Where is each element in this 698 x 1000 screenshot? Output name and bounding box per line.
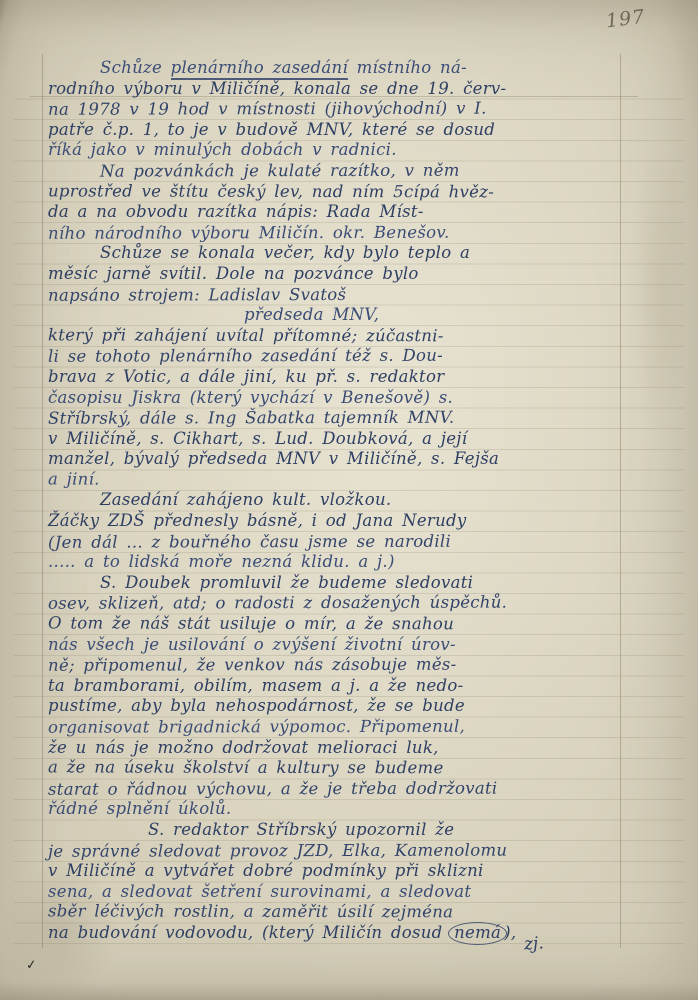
checkmark-icon: ✓ (25, 957, 37, 973)
text-line: ního národního výboru Miličín. okr. Bene… (48, 222, 623, 244)
underlined-phrase: plenárního zasedání (171, 58, 348, 80)
paper-stain (630, 140, 690, 440)
text-line: S. redaktor Stříbrský upozornil že (48, 820, 623, 841)
text-line: Schůze se konala večer, kdy bylo teplo a (48, 243, 623, 264)
text-line: pustíme, aby byla nehospodárnost, že se … (48, 696, 623, 717)
text-line: který při zahájení uvítal přítomné; zúča… (48, 325, 623, 347)
text-line: napsáno strojem: Ladislav Svatoš (48, 284, 623, 306)
text-line: (Jen dál ... z bouřného času jsme se nar… (48, 531, 623, 553)
text-line: organisovat brigadnická výpomoc. Připome… (48, 716, 623, 738)
circled-word: nemá (448, 922, 507, 945)
text-line: li se tohoto plenárního zasedání též s. … (48, 346, 623, 368)
text-line: patře č.p. 1, to je v budově MNV, které … (48, 120, 623, 141)
text-line: časopisu Jiskra (který vychází v Benešov… (48, 388, 623, 409)
text-line: uprostřed ve štítu český lev, nad ním 5c… (48, 181, 623, 203)
text-line: Žáčky ZDŠ přednesly básně, i od Jana Ner… (48, 511, 623, 532)
manuscript-text: Schůze plenárního zasedání místního ná-r… (48, 58, 623, 944)
text-line: ně; připomenul, že venkov nás zásobuje m… (48, 654, 623, 676)
text-line: rodního výboru v Miličíně, konala se dne… (48, 79, 623, 100)
text-line: sena, a sledovat šetření surovinami, a s… (48, 882, 623, 903)
text-line: v Miličíně a vytvářet dobré podmínky při… (48, 861, 623, 882)
text-line: ta bramborami, obilím, masem a j. a že n… (48, 676, 623, 697)
text-line: S. Doubek promluvil že budeme sledovati (48, 573, 623, 594)
scanned-manuscript-page: 197 Schůze plenárního zasedání místního … (0, 0, 698, 1000)
left-margin-line (42, 54, 43, 948)
text-line: ..... a to lidská moře nezná klidu. a j.… (48, 552, 623, 573)
writer-initials: zj. (523, 933, 544, 954)
text-line: starat o řádnou výchovu, a že je třeba d… (48, 778, 623, 800)
text-line: že u nás je možno dodržovat melioraci lu… (48, 738, 623, 759)
text-line: v Miličíně, s. Cikhart, s. Lud. Doubková… (48, 429, 623, 450)
text-line: Schůze plenárního zasedání místního ná- (48, 58, 623, 79)
text-line: a jiní. (48, 469, 623, 491)
text-line: a že na úseku školství a kultury se bude… (48, 758, 623, 780)
text-line: na 1978 v 19 hod v místnosti (jihovýchod… (48, 98, 623, 120)
text-line: O tom že náš stát usiluje o mír, a že sn… (48, 613, 623, 635)
text-line: da a na obvodu razítka nápis: Rada Míst- (48, 202, 623, 223)
text-line: Zasedání zahájeno kult. vložkou. (48, 490, 623, 511)
text-line: Stříbrský, dále s. Ing Šabatka tajemník … (48, 407, 623, 429)
text-line: brava z Votic, a dále jiní, ku př. s. re… (48, 367, 623, 388)
text-line: Na pozvánkách je kulaté razítko, v něm (48, 160, 623, 182)
page-number: 197 (605, 6, 647, 33)
text-line: předseda MNV, (48, 305, 623, 326)
text-line: sběr léčivých rostlin, a zaměřit úsilí z… (48, 902, 623, 924)
text-line: osev, sklizeň, atd; o radosti z dosažený… (48, 593, 623, 615)
text-line: říká jako v minulých dobách v radnici. (48, 140, 623, 161)
text-line: řádné splnění úkolů. (48, 799, 623, 820)
text-line: manžel, bývalý předseda MNV v Miličíně, … (48, 449, 623, 470)
text-line: nás všech je usilování o zvýšení životní… (48, 635, 623, 656)
text-line: měsíc jarně svítil. Dole na pozvánce byl… (48, 264, 623, 285)
text-line: je správné sledovat provoz JZD, Elka, Ka… (48, 840, 623, 862)
